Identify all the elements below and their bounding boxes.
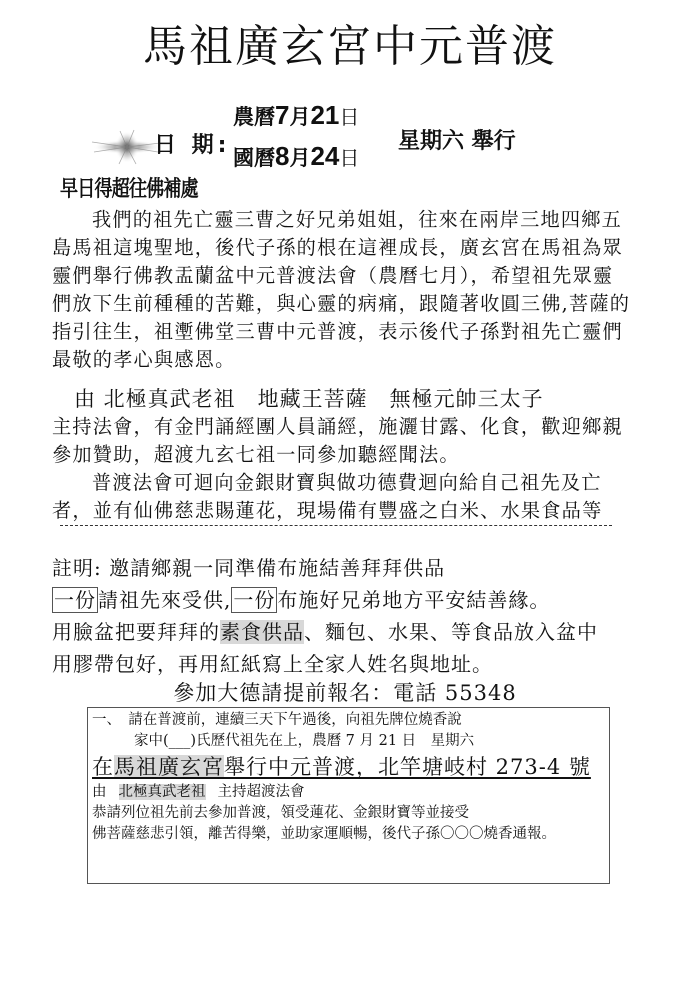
intro-paragraph: 我們的祖先亡靈三曹之好兄弟姐姐，往來在兩岸三地四鄉五島馬祖這塊聖地，後代子孫的根… [52,206,632,374]
solar-day-unit: 日 [339,146,359,170]
prayer-line-3-suffix: 舉行中元普渡，北竿塘岐村 273-4 號 [224,755,591,779]
notes-section: 註明: 邀請鄉親一同準備布施結善拜拜供品 一份請祖先來受供,一份布施好兄弟地方平… [52,552,652,680]
lunar-date-prefix: 農曆 [233,105,275,129]
portion-box-2: 一份 [231,587,277,613]
notes-line-4: 用膠帶包好，再用紅紙寫上全家人姓名與地址。 [52,648,652,680]
solar-month-unit: 月 [289,146,310,170]
notes-line-3-before: 用臉盆把要拜拜的 [52,620,220,644]
document-title: 馬祖廣玄宮中元普渡 [0,10,700,74]
dashed-divider [60,525,612,526]
temple-name-highlight: 馬祖廣玄宮 [114,755,224,779]
date-label: 日 期: [154,128,230,159]
prayer-line-4-suffix: 主持超渡法會 [218,784,305,800]
prayer-line-4: 由北極真武老祖主持超渡法會 [92,782,609,803]
solar-day: 24 [310,141,339,171]
prayer-line-6: 佛菩薩慈悲引領，離苦得樂，並助家運順暢，後代子孫〇〇〇燒香通報。 [92,824,609,845]
prayer-line-2: 家中(___)氏歷代祖先在上，農曆 7 月 21 日 星期六 [92,731,609,752]
ceremony-paragraph: 主持法會，有金門誦經團人員誦經，施灑甘露、化食，歡迎鄉親參加贊助，超渡九玄七祖一… [52,413,632,469]
prayer-line-5: 恭請列位祖先前去參加普渡，領受蓮花、金銀財寶等並接受 [92,803,609,824]
lunar-date: 農曆7月21日 [233,100,359,131]
vegetarian-offering-highlight: 素食供品 [220,620,304,644]
prayer-line-1: 一、 請在普渡前，連續三天下午過後，向祖先牌位燒香說 [92,710,609,731]
notes-line-2: 一份請祖先來受供,一份布施好兄弟地方平安結善緣。 [52,584,652,616]
weekday-text: 星期六 舉行 [398,124,516,155]
notes-line-3-after: 、麵包、水果、等食品放入盆中 [304,620,598,644]
lunar-month: 7 [275,100,289,130]
solar-date-prefix: 國曆 [233,146,275,170]
prayer-line-3: 在馬祖廣玄宮舉行中元普渡，北竿塘岐村 273-4 號 [92,752,609,782]
lunar-month-unit: 月 [289,105,310,129]
deity-name-highlight: 北極真武老祖 [119,784,206,800]
lunar-day-unit: 日 [339,105,359,129]
notes-line-3: 用臉盆把要拜拜的素食供品、麵包、水果、等食品放入盆中 [52,616,652,648]
slogan: 早日得超往佛補處 [60,172,198,203]
hosts-line: 由 北極真武老祖 地藏王菩薩 無極元帥三太子 [74,383,544,413]
sparkle-icon [72,128,162,166]
prayer-line-4-prefix: 由 [92,784,107,800]
solar-month: 8 [275,141,289,171]
notes-line-1: 註明: 邀請鄉親一同準備布施結善拜拜供品 [52,552,652,584]
portion-text-2: 布施好兄弟地方平安結善緣。 [277,588,550,612]
prayer-line-3-prefix: 在 [92,755,114,779]
portion-box-1: 一份 [52,587,98,613]
prayer-instruction-box: 一、 請在普渡前，連續三天下午過後，向祖先牌位燒香說 家中(___)氏歷代祖先在… [87,707,610,884]
signup-phone-line: 參加大德請提前報名：電話 55348 [0,677,690,707]
portion-text-1: 請祖先來受供, [98,588,231,612]
solar-date: 國曆8月24日 [233,141,359,172]
merit-paragraph: 普渡法會可迴向金銀財寶與做功德費迴向給自己祖先及亡者，並有仙佛慈悲賜蓮花，現場備… [52,469,632,525]
lunar-day: 21 [310,100,339,130]
